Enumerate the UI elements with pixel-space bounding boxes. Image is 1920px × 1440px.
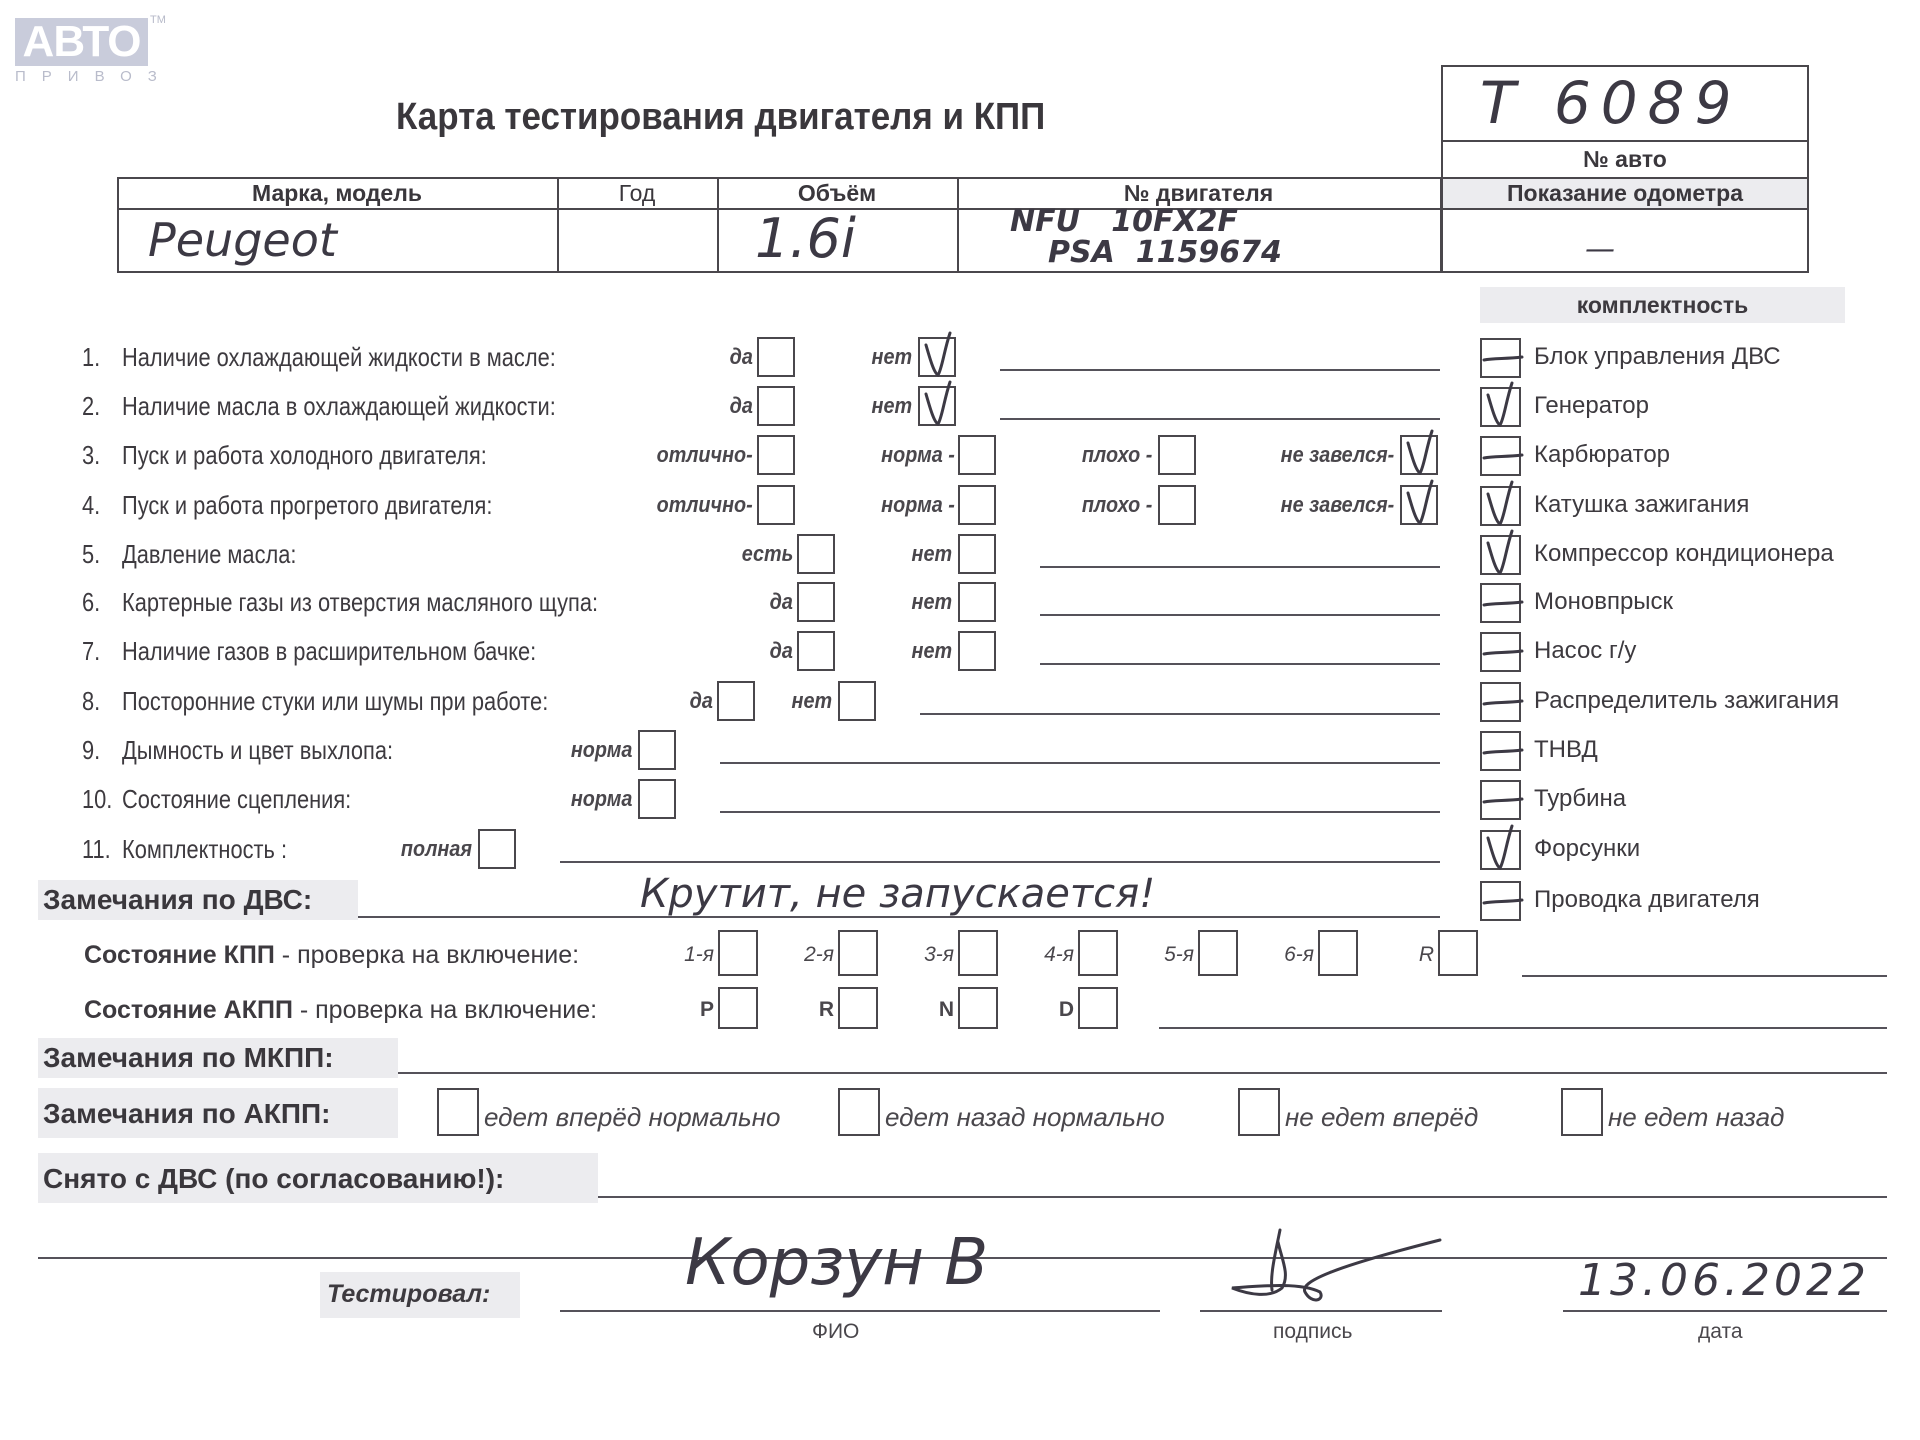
check-row-label: Посторонние стуки или шумы при работе:	[122, 686, 548, 716]
completeness-header: комплектность	[1480, 287, 1845, 323]
gear-checkbox[interactable]	[1198, 930, 1238, 976]
check-row-number: 9.	[82, 735, 100, 765]
header-volume: Объём	[717, 177, 957, 209]
gear-label: 3-я	[924, 940, 954, 970]
header-make-model: Марка, модель	[117, 177, 557, 209]
comment-field[interactable]	[1000, 418, 1440, 420]
gear-checkbox[interactable]	[1438, 930, 1478, 976]
option-label: нет	[911, 636, 952, 666]
akpp-remark-label: едет вперёд нормально	[484, 1102, 780, 1132]
option-label: не завелся-	[1280, 490, 1394, 520]
date-caption: дата	[1698, 1320, 1743, 1344]
completeness-checkbox[interactable]	[1480, 338, 1521, 378]
check-row-number: 8.	[82, 686, 100, 716]
option-label: да	[770, 587, 793, 617]
auto-number-label: № авто	[1441, 142, 1809, 176]
gear-label: R	[819, 995, 834, 1025]
check-row-number: 2.	[82, 391, 100, 421]
akpp-remark-label: не едет вперёд	[1285, 1102, 1478, 1132]
check-row-label: Наличие охлаждающей жидкости в масле:	[122, 342, 556, 372]
remarks-mkpp-label: Замечания по МКПП:	[43, 1039, 334, 1077]
akpp-remark-label: едет назад нормально	[885, 1102, 1165, 1132]
option-label: норма	[570, 784, 632, 814]
check-row-number: 7.	[82, 636, 100, 666]
check-row-number: 6.	[82, 587, 100, 617]
check-row-label: Наличие масла в охлаждающей жидкости:	[122, 391, 556, 421]
option-checkbox[interactable]	[918, 386, 956, 426]
option-label: да	[690, 686, 713, 716]
option-checkbox[interactable]	[757, 337, 795, 377]
completeness-item-label: ТНВД	[1534, 735, 1598, 765]
completeness-checkbox[interactable]	[1480, 632, 1521, 672]
remarks-engine-label: Замечания по ДВС:	[43, 881, 312, 919]
gear-checkbox[interactable]	[1318, 930, 1358, 976]
check-row-number: 10.	[82, 784, 112, 814]
check-row-label: Наличие газов в расширительном бачке:	[122, 636, 536, 666]
option-label: полная	[401, 834, 472, 864]
check-row-number: 1.	[82, 342, 100, 372]
gear-label: N	[939, 995, 954, 1025]
remarks-mkpp-field[interactable]	[398, 1072, 1887, 1074]
option-checkbox[interactable]	[958, 435, 996, 475]
logo-subtitle: ПРИВОЗ	[15, 68, 150, 85]
gear-label: 4-я	[1044, 940, 1074, 970]
option-label: плохо -	[1082, 440, 1152, 470]
completeness-item-label: Моновпрыск	[1534, 587, 1673, 617]
akpp-remark-checkbox[interactable]	[437, 1088, 479, 1136]
completeness-checkbox[interactable]	[1480, 881, 1521, 921]
akpp-label-rest: - проверка на включение:	[293, 996, 597, 1024]
completeness-item-label: Распределитель зажигания	[1534, 686, 1839, 716]
gear-checkbox[interactable]	[718, 987, 758, 1029]
header-year: Год	[557, 177, 717, 209]
completeness-checkbox[interactable]	[1480, 583, 1521, 623]
completeness-item-label: Форсунки	[1534, 834, 1640, 864]
option-checkbox[interactable]	[1400, 435, 1438, 475]
remarks-engine-field[interactable]: Крутит, не запускается!	[640, 872, 1155, 916]
akpp-remark-checkbox[interactable]	[1238, 1088, 1280, 1136]
option-checkbox[interactable]	[838, 681, 876, 721]
completeness-checkbox[interactable]	[1480, 387, 1521, 427]
check-row-number: 5.	[82, 539, 100, 569]
gear-checkbox[interactable]	[958, 930, 998, 976]
option-checkbox[interactable]	[757, 435, 795, 475]
check-row-label: Давление масла:	[122, 539, 296, 569]
date-line	[1563, 1310, 1887, 1312]
check-row-label: Пуск и работа прогретого двигателя:	[122, 490, 492, 520]
gear-checkbox[interactable]	[838, 930, 878, 976]
option-checkbox[interactable]	[757, 386, 795, 426]
option-checkbox[interactable]	[1158, 435, 1196, 475]
option-checkbox[interactable]	[797, 631, 835, 671]
comment-field[interactable]	[560, 861, 1440, 863]
akpp-line	[1159, 1027, 1887, 1029]
kpp-label-rest: - проверка на включение:	[275, 941, 579, 969]
gear-checkbox[interactable]	[1078, 930, 1118, 976]
odometer-value[interactable]: —	[1585, 232, 1615, 267]
option-checkbox[interactable]	[757, 485, 795, 525]
option-checkbox[interactable]	[797, 534, 835, 574]
option-label: да	[730, 342, 753, 372]
option-checkbox[interactable]	[638, 779, 676, 819]
option-label: нет	[791, 686, 832, 716]
option-label: нет	[871, 391, 912, 421]
completeness-item-label: Компрессор кондиционера	[1534, 539, 1834, 569]
completeness-checkbox[interactable]	[1480, 731, 1521, 771]
option-checkbox[interactable]	[478, 829, 516, 869]
option-label: плохо -	[1082, 490, 1152, 520]
option-label: норма -	[881, 440, 955, 470]
akpp-remark-checkbox[interactable]	[1561, 1088, 1603, 1136]
check-row-number: 3.	[82, 440, 100, 470]
comment-field[interactable]	[1000, 369, 1440, 371]
check-row-label: Пуск и работа холодного двигателя:	[122, 440, 487, 470]
comment-field[interactable]	[920, 713, 1440, 715]
option-checkbox[interactable]	[918, 337, 956, 377]
gear-checkbox[interactable]	[838, 987, 878, 1029]
signature-line	[1200, 1310, 1442, 1312]
check-row-label: Дымность и цвет выхлопа:	[122, 735, 393, 765]
completeness-checkbox[interactable]	[1480, 780, 1521, 820]
option-label: да	[730, 391, 753, 421]
header-odometer: Показание одометра	[1441, 177, 1809, 209]
removed-label: Снято с ДВС (по согласованию!):	[43, 1160, 504, 1198]
gear-label: 2-я	[804, 940, 834, 970]
option-label: отлично-	[657, 440, 753, 470]
option-checkbox[interactable]	[958, 631, 996, 671]
akpp-label: Состояние АКПП - проверка на включение:	[84, 995, 597, 1025]
check-row-number: 4.	[82, 490, 100, 520]
signature-caption: подпись	[1273, 1320, 1352, 1344]
engine-number-line2[interactable]: PSA 1159674	[1048, 236, 1282, 270]
tested-by-label: Тестировал:	[327, 1280, 490, 1309]
name-caption: ФИО	[812, 1320, 859, 1344]
completeness-checkbox[interactable]	[1480, 830, 1521, 870]
removed-field[interactable]	[598, 1196, 1887, 1198]
auto-number-value[interactable]: Т 6089	[1480, 68, 1780, 138]
comment-field[interactable]	[720, 811, 1440, 813]
kpp-label-bold: Состояние КПП	[84, 941, 275, 969]
option-label: не завелся-	[1280, 440, 1394, 470]
completeness-item-label: Насос г/у	[1534, 636, 1636, 666]
gear-label: 5-я	[1164, 940, 1194, 970]
logo-trademark: TM	[150, 14, 166, 26]
completeness-item-label: Карбюратор	[1534, 440, 1670, 470]
check-row-label: Комплектность :	[122, 834, 287, 864]
date-value[interactable]: 13.06.2022	[1578, 1254, 1870, 1308]
logo: АВТО	[15, 18, 148, 66]
signature-mark[interactable]	[1220, 1220, 1450, 1310]
akpp-remark-checkbox[interactable]	[838, 1088, 880, 1136]
name-line	[560, 1310, 1160, 1312]
option-checkbox[interactable]	[958, 534, 996, 574]
completeness-checkbox[interactable]	[1480, 535, 1521, 575]
remarks-akpp-label: Замечания по АКПП:	[43, 1095, 330, 1133]
option-label: норма	[570, 735, 632, 765]
gear-label: R	[1419, 940, 1434, 970]
completeness-checkbox[interactable]	[1480, 682, 1521, 722]
completeness-checkbox[interactable]	[1480, 436, 1521, 476]
check-row-label: Картерные газы из отверстия масляного щу…	[122, 587, 598, 617]
page-title: Карта тестирования двигателя и КПП	[396, 96, 1045, 139]
check-row-label: Состояние сцепления:	[122, 784, 351, 814]
akpp-remark-label: не едет назад	[1608, 1102, 1784, 1132]
option-checkbox[interactable]	[958, 485, 996, 525]
check-row-number: 11.	[82, 834, 111, 864]
comment-field[interactable]	[1040, 566, 1440, 568]
option-checkbox[interactable]	[638, 730, 676, 770]
comment-field[interactable]	[1040, 663, 1440, 665]
option-label: есть	[741, 539, 793, 569]
gear-checkbox[interactable]	[718, 930, 758, 976]
make-model-value[interactable]: Peugeot	[148, 212, 337, 268]
option-label: норма -	[881, 490, 955, 520]
option-checkbox[interactable]	[1158, 485, 1196, 525]
option-label: да	[770, 636, 793, 666]
kpp-line	[1522, 975, 1887, 977]
completeness-checkbox[interactable]	[1480, 486, 1521, 526]
option-label: отлично-	[657, 490, 753, 520]
option-checkbox[interactable]	[958, 582, 996, 622]
option-checkbox[interactable]	[1400, 485, 1438, 525]
engine-number-line1[interactable]: NFU 10FX2F	[1010, 205, 1238, 239]
comment-field[interactable]	[1040, 614, 1440, 616]
gear-label: P	[700, 995, 714, 1025]
completeness-item-label: Турбина	[1534, 784, 1626, 814]
tester-name[interactable]: Корзун В	[685, 1218, 988, 1308]
option-label: нет	[911, 587, 952, 617]
completeness-item-label: Генератор	[1534, 391, 1649, 421]
option-checkbox[interactable]	[797, 582, 835, 622]
option-label: нет	[911, 539, 952, 569]
option-checkbox[interactable]	[717, 681, 755, 721]
akpp-label-bold: Состояние АКПП	[84, 996, 293, 1024]
gear-checkbox[interactable]	[958, 987, 998, 1029]
kpp-label: Состояние КПП - проверка на включение:	[84, 940, 579, 970]
gear-label: 6-я	[1284, 940, 1314, 970]
completeness-item-label: Блок управления ДВС	[1534, 342, 1781, 372]
completeness-item-label: Катушка зажигания	[1534, 490, 1749, 520]
option-label: нет	[871, 342, 912, 372]
gear-label: D	[1059, 995, 1074, 1025]
volume-value[interactable]: 1.6i	[755, 208, 856, 270]
gear-checkbox[interactable]	[1078, 987, 1118, 1029]
comment-field[interactable]	[720, 762, 1440, 764]
completeness-item-label: Проводка двигателя	[1534, 885, 1760, 915]
gear-label: 1-я	[684, 940, 714, 970]
